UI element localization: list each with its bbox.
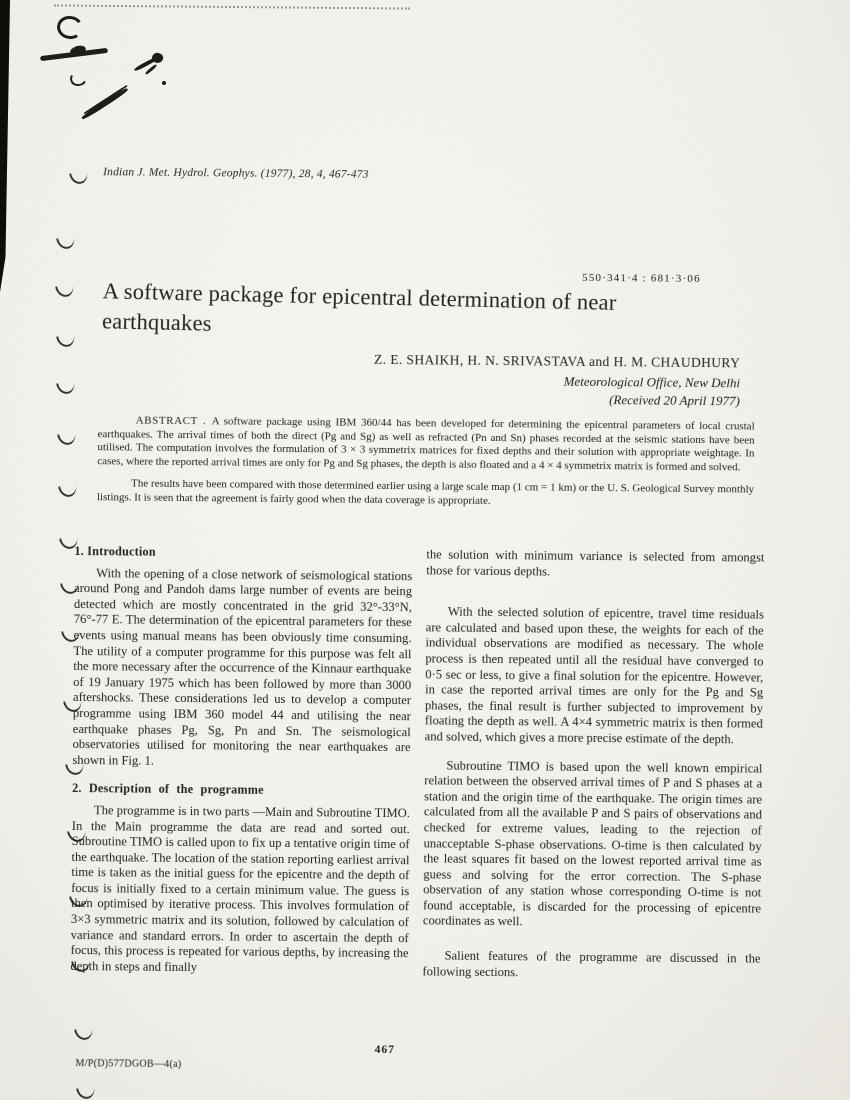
body-paragraph: Salient features of the programme are di… — [422, 948, 760, 982]
printer-imprint: M/P(D)577DGOB—4(a) — [75, 1058, 181, 1070]
abstract-paragraph: ABSTRACT . A software package using IBM … — [97, 414, 754, 474]
abstract-label: ABSTRACT . — [136, 415, 212, 428]
article-title: A software package for epicentral determ… — [102, 276, 703, 350]
byline-block: Z. E. SHAIKH, H. N. SRIVASTAVA and H. M.… — [296, 351, 740, 409]
received-date: (Received 20 April 1977) — [296, 389, 740, 409]
abstract-paragraph: The results have been compared with thos… — [97, 477, 754, 510]
affiliation: Meteorological Office, New Delhi — [296, 371, 740, 391]
body-paragraph: the solution with minimum variance is se… — [426, 547, 764, 581]
journal-citation: Indian J. Met. Hydrol. Geophys. (1977), … — [103, 166, 369, 181]
section-heading-introduction: 1. Introduction — [74, 544, 412, 563]
right-column: the solution with minimum variance is se… — [422, 547, 764, 982]
authors-line: Z. E. SHAIKH, H. N. SRIVASTAVA and H. M.… — [296, 351, 740, 371]
two-column-body: 1. Introduction With the opening of a cl… — [70, 544, 764, 983]
classification-code: 550·341·4 : 681·3·06 — [582, 272, 701, 285]
section-heading-description: 2. Description of the programme — [72, 781, 410, 800]
page-number: 467 — [375, 1044, 395, 1056]
body-paragraph: With the selected solution of epicentre,… — [425, 605, 764, 749]
scanned-page: Indian J. Met. Hydrol. Geophys. (1977), … — [0, 0, 850, 1100]
abstract-block: ABSTRACT . A software package using IBM … — [97, 414, 755, 510]
body-paragraph: The programme is in two parts —Main and … — [70, 803, 410, 978]
left-column: 1. Introduction With the opening of a cl… — [70, 544, 412, 979]
body-paragraph: With the opening of a close network of s… — [72, 566, 412, 772]
body-paragraph: Subroutine TIMO is based upon the well k… — [423, 758, 763, 933]
page-content: Indian J. Met. Hydrol. Geophys. (1977), … — [0, 0, 850, 1100]
